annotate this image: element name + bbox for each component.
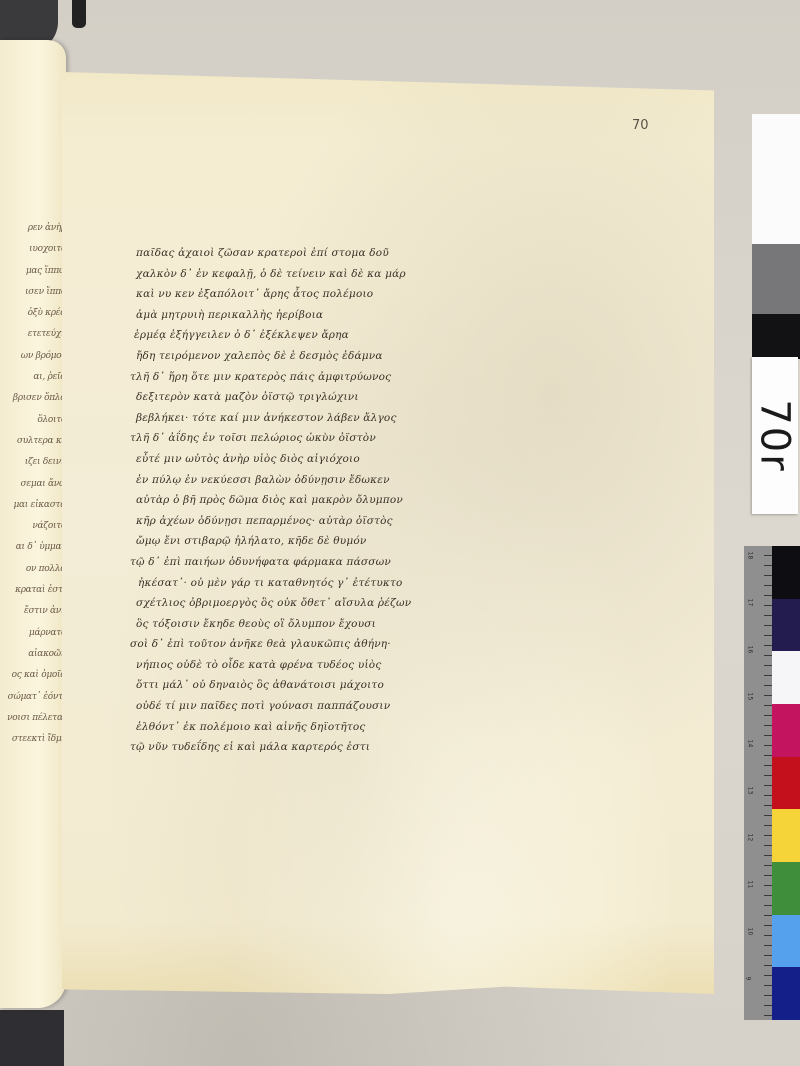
swatch-magenta	[772, 704, 800, 757]
facing-text-line: ιυοχοιτο	[0, 239, 66, 260]
text-line: νήπιος οὐδὲ τὸ οἶδε κατὰ φρένα τυδέος υἱ…	[130, 655, 450, 676]
facing-text-line: ἔστιν ἀνῆ	[0, 601, 66, 622]
facing-text-line: μαι εἰκαστα	[0, 495, 66, 516]
text-line: παῖδας ἀχαιοὶ ζῶσαν κρατεροὶ ἐπί στομα δ…	[130, 243, 450, 264]
facing-text-line: βρισεν ὅπλα	[0, 388, 66, 409]
swatch-navy-purple	[772, 599, 800, 652]
main-text-block: παῖδας ἀχαιοὶ ζῶσαν κρατεροὶ ἐπί στομα δ…	[130, 243, 450, 758]
text-line: τῷ δ᾽ ἐπὶ παιήων ὀδυνήφατα φάρμακα πάσσω…	[130, 552, 450, 573]
gray-patch-black	[752, 314, 800, 359]
text-line: εὖτέ μιν ωὐτὸς ἀνὴρ υἱὸς διὸς αἰγιόχοιο	[130, 449, 450, 470]
text-line: ἑρμέᾳ ἐξήγγειλεν ὁ δ᾽ ἐξέκλεψεν ἄρηα	[130, 325, 450, 346]
facing-text-line: ων βρόμος	[0, 346, 66, 367]
facing-text-line: ετετεύχη	[0, 324, 66, 345]
text-line: ἐν πύλῳ ἐν νεκύεσσι βαλὼν ὀδύνῃσιν ἔδωκε…	[130, 470, 450, 491]
facing-text-line: μάρνατο	[0, 623, 66, 644]
ruler-number: 18	[746, 552, 753, 560]
facing-text-line: νοισι πέλεται	[0, 708, 66, 729]
facing-text-line: αι, ῥεῖα	[0, 367, 66, 388]
ruler-number: 12	[746, 834, 753, 842]
facing-text-line: ιζει δεινή	[0, 452, 66, 473]
facing-text-line: ον πολλὰ	[0, 559, 66, 580]
swatch-dark-blue	[772, 967, 800, 1020]
text-line: ἀμὰ μητρυιὴ περικαλλὴς ἠερίβοια	[130, 305, 450, 326]
facing-text-line: στεεκτὶ ἴδμε	[0, 729, 66, 750]
text-line: ἤδη τειρόμενον χαλεπὸς δὲ ἑ δεσμὸς ἐδάμν…	[130, 346, 450, 367]
gray-patch-white	[752, 114, 800, 244]
facing-text-line: ρεν ἀνὴρ	[0, 218, 66, 239]
text-line: σχέτλιος ὀβριμοεργὸς ὃς οὐκ ὄθετ᾽ αἴσυλα…	[130, 593, 450, 614]
text-line: τλῆ δ᾽ ἥρη ὅτε μιν κρατερὸς πάις ἀμφιτρύ…	[130, 367, 450, 388]
text-line: σοὶ δ᾽ ἐπὶ τοῦτον ἀνῆκε θεὰ γλαυκῶπις ἀθ…	[130, 634, 450, 655]
facing-text-line: ὅλοιτο	[0, 410, 66, 431]
text-line: οὐδέ τί μιν παῖδες ποτὶ γούνασι παππάζου…	[130, 696, 450, 717]
facing-text-line: αι δ᾽ ὑμμας	[0, 537, 66, 558]
ruler-number: 13	[746, 787, 753, 795]
swatch-black	[772, 546, 800, 599]
text-line: χαλκὸν δ᾽ ἐν κεφαλῇ, ὁ δὲ τείνειν καὶ δὲ…	[130, 264, 450, 285]
facing-text-line: συλτερα κε	[0, 431, 66, 452]
text-line: ὃς τόξοισιν ἔκηδε θεοὺς οἳ ὄλυμπον ἔχουσ…	[130, 614, 450, 635]
ruler-number: 16	[746, 646, 753, 654]
facing-text-line: κραταὶ ἐστι	[0, 580, 66, 601]
shelfmark-label: 70r	[752, 357, 798, 514]
text-line: δεξιτερὸν κατὰ μαζὸν ὀϊστῷ τριγλώχινι	[130, 387, 450, 408]
facing-text-line: ισεν ἵππο	[0, 282, 66, 303]
ruler-number: 15	[746, 693, 753, 701]
facing-text-line: μας ἵππω	[0, 261, 66, 282]
color-swatches	[772, 546, 800, 1020]
text-line: καὶ νυ κεν ἐξαπόλοιτ᾽ ἄρης ἆτος πολέμοιο	[130, 284, 450, 305]
swatch-light-blue	[772, 915, 800, 968]
facing-text-line: αἰακοῶν	[0, 644, 66, 665]
page-clip	[72, 0, 86, 28]
book-cradle-bottom	[0, 1010, 64, 1066]
text-line: αὐτὰρ ὁ βῆ πρὸς δῶμα διὸς καὶ μακρὸν ὄλυ…	[130, 490, 450, 511]
text-line: τῷ νῦν τυδεΐδης εἰ καὶ μάλα καρτερός ἐστ…	[130, 737, 450, 758]
facing-text-line: σεμαι ἄνω	[0, 474, 66, 495]
text-line: ὅττι μάλ᾽ οὐ δηναιὸς ὃς ἀθανάτοισι μάχοι…	[130, 675, 450, 696]
text-line: ἐλθόντ᾽ ἐκ πολέμοιο καὶ αἰνῆς δηϊοτῆτος	[130, 717, 450, 738]
measurement-ruler: 1817161514131211109	[744, 546, 772, 1020]
text-line: ἠκέσατ᾽· οὐ μὲν γάρ τι καταθνητός γ᾽ ἐτέ…	[130, 573, 450, 594]
ruler-number: 11	[746, 881, 753, 889]
facing-page: ρεν ἀνὴριυοχοιτομας ἵππωισεν ἵπποὀξὺ κρέ…	[0, 40, 66, 1008]
folio-number: 70	[632, 118, 649, 133]
text-line: τλῆ δ᾽ ἀΐδης ἐν τοῖσι πελώριος ὠκὺν ὀϊστ…	[130, 428, 450, 449]
swatch-white	[772, 651, 800, 704]
text-line: κῆρ ἀχέων ὀδύνῃσι πεπαρμένος· αὐτὰρ ὀϊστ…	[130, 511, 450, 532]
facing-text-line: ος καὶ ὁμοῖα	[0, 665, 66, 686]
facing-text-line: νάζοιτο	[0, 516, 66, 537]
facing-text-line: σώματ᾽ ἐόντι	[0, 687, 66, 708]
facing-text-line: ὀξὺ κρέα	[0, 303, 66, 324]
ruler-number: 9	[744, 977, 751, 981]
shelfmark-text: 70r	[752, 399, 798, 472]
swatch-yellow	[772, 809, 800, 862]
text-line: ὤμῳ ἔνι στιβαρῷ ἠλήλατο, κῆδε δὲ θυμόν	[130, 531, 450, 552]
ruler-number: 14	[746, 740, 753, 748]
ruler-number: 10	[746, 928, 753, 936]
ruler-number: 17	[746, 599, 753, 607]
swatch-red	[772, 757, 800, 810]
facing-page-text: ρεν ἀνὴριυοχοιτομας ἵππωισεν ἵπποὀξὺ κρέ…	[0, 218, 66, 750]
text-line: βεβλήκει· τότε καί μιν ἀνήκεστον λάβεν ἄ…	[130, 408, 450, 429]
swatch-green	[772, 862, 800, 915]
